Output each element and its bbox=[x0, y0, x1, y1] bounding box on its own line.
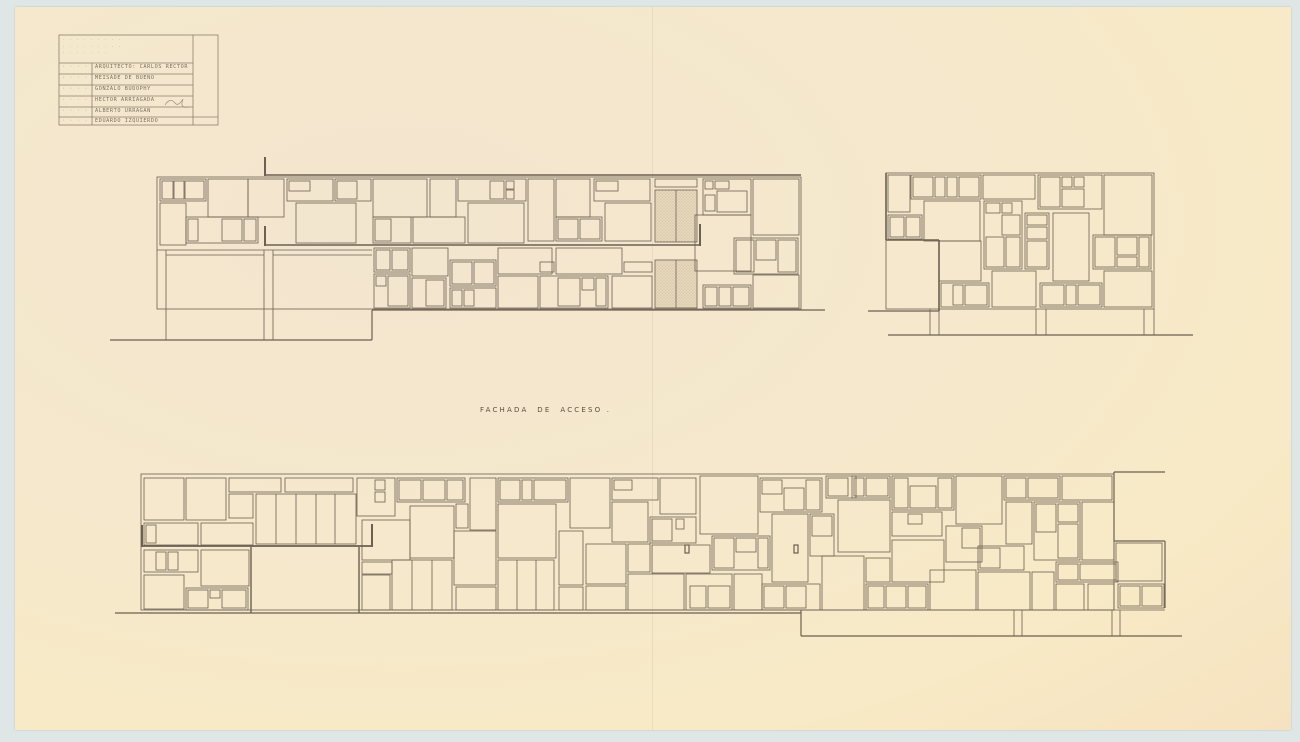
elevation-bottom bbox=[115, 472, 1182, 636]
row-code: · · · · bbox=[62, 118, 90, 124]
row-name: EDUARDO IZQUIERDO bbox=[95, 118, 158, 124]
drawing-caption: FACHADA DE ACCESO . bbox=[480, 406, 611, 414]
row-name: HECTOR ARRIAGADA bbox=[95, 97, 155, 103]
elevation-top-left bbox=[110, 157, 825, 340]
title-block: · · · · · · · · · · · · · · · · · · · · … bbox=[59, 35, 218, 125]
row-code: · · · · bbox=[62, 86, 90, 92]
elevation-top-right bbox=[868, 173, 1193, 335]
row-code: · · · · bbox=[62, 108, 90, 114]
row-name: GONZALO BUDOPHY bbox=[95, 86, 151, 92]
title-block-header: · · · · · · · · · · · · · · · · · · · · … bbox=[62, 38, 122, 58]
row-code: · · · · bbox=[62, 75, 90, 81]
row-code: · · · · bbox=[62, 64, 90, 70]
row-name: ARQUITECTO: CARLOS RECTOR bbox=[95, 64, 188, 70]
row-name: MEISADE DE BUENO bbox=[95, 75, 155, 81]
row-name: ALBERTO URRAGAN bbox=[95, 108, 151, 114]
row-code: · · · · bbox=[62, 97, 90, 103]
